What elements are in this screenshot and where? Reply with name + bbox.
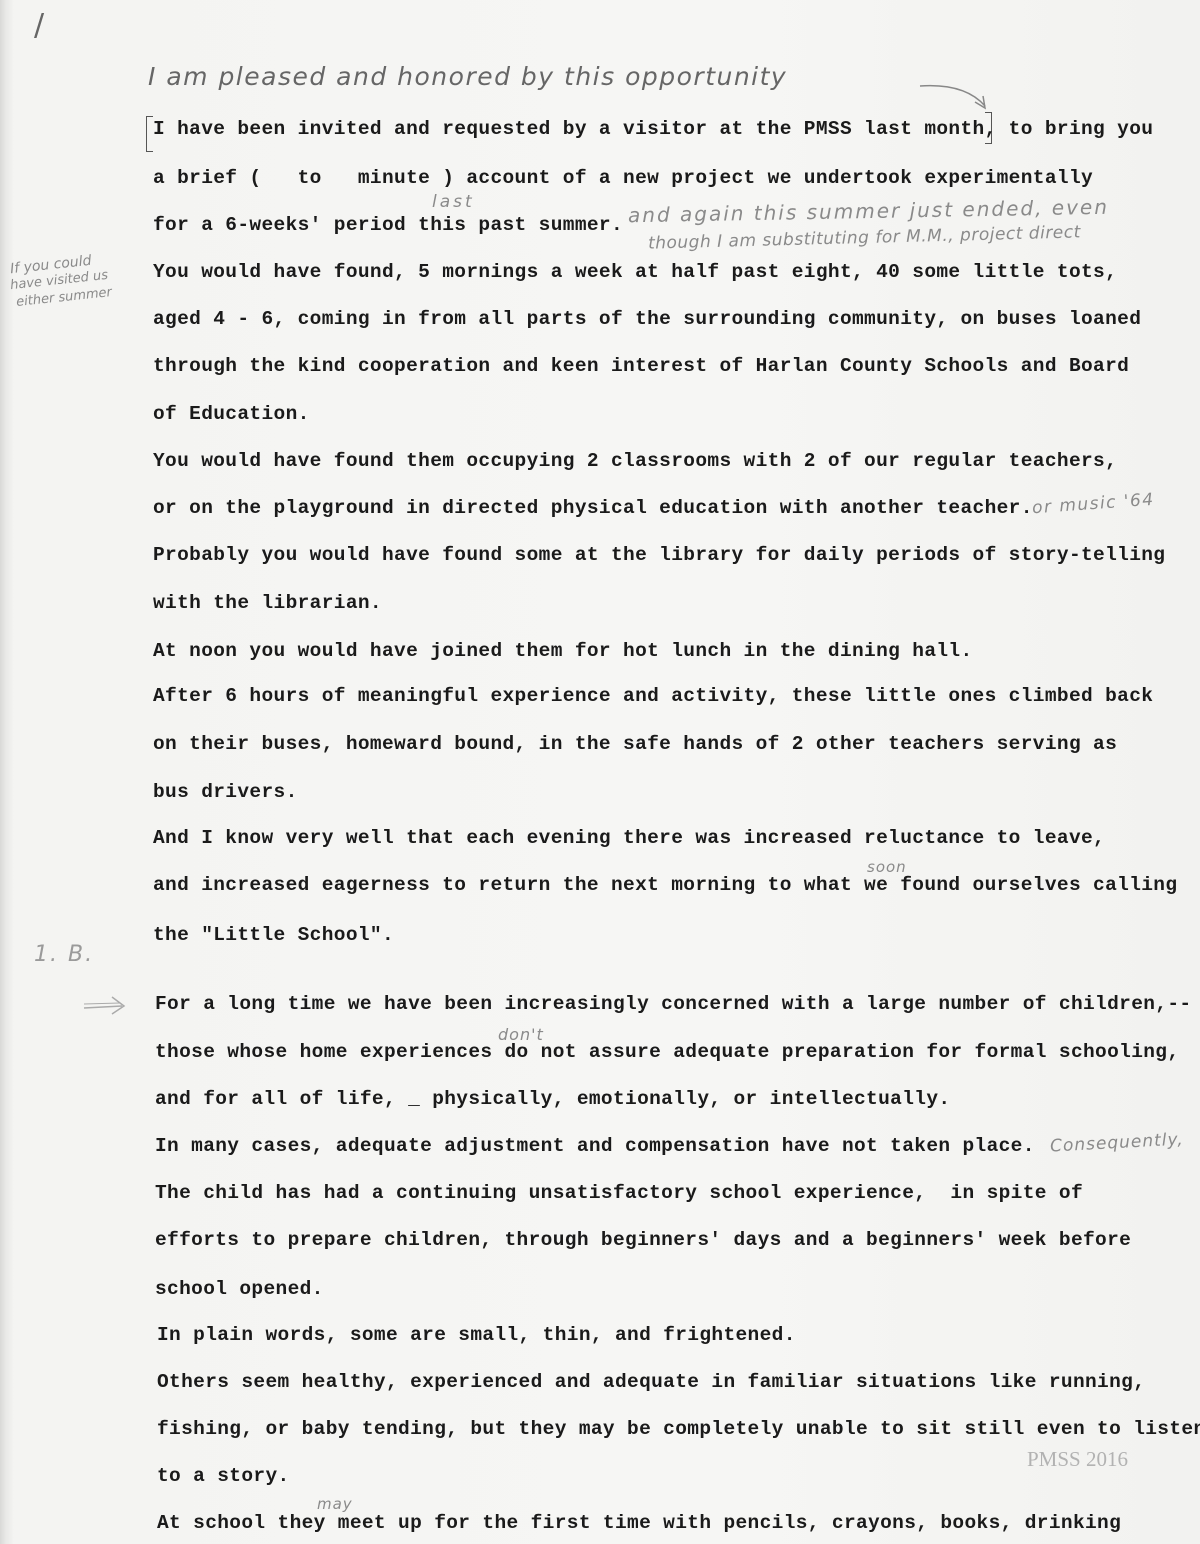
typed-line: The child has had a continuing unsatisfa…	[155, 1182, 1083, 1204]
handwritten-insert-last: last	[432, 192, 475, 212]
typed-line: At noon you would have joined them for h…	[153, 640, 973, 662]
insert-arrow-icon	[915, 78, 995, 118]
typed-line: with the librarian.	[153, 592, 382, 614]
typed-line: for a 6-weeks' period this past summer.	[153, 214, 623, 236]
typed-line: I have been invited and requested by a v…	[153, 118, 1153, 140]
typed-line: fishing, or baby tending, but they may b…	[157, 1418, 1200, 1440]
typed-line: the "Little School".	[153, 924, 394, 946]
typed-line: through the kind cooperation and keen in…	[153, 355, 1129, 377]
typed-line: to a story.	[157, 1465, 290, 1487]
handwritten-insert-again: and again this summer just ended, even	[628, 195, 1109, 227]
typed-line: a brief ( to minute ) account of a new p…	[153, 167, 1093, 189]
typed-line: school opened.	[155, 1278, 324, 1300]
handwritten-opening: I am pleased and honored by this opportu…	[148, 62, 787, 91]
typed-line: You would have found, 5 mornings a week …	[153, 261, 1117, 283]
typed-line: Others seem healthy, experienced and ade…	[157, 1371, 1145, 1393]
typed-line: For a long time we have been increasingl…	[155, 993, 1191, 1015]
handwritten-insert-substituting: though I am substituting for M.M., proje…	[648, 222, 1081, 253]
typed-line: bus drivers.	[153, 781, 298, 803]
page-number-mark: /	[34, 8, 44, 43]
watermark: PMSS 2016	[1027, 1447, 1128, 1472]
typed-line: or on the playground in directed physica…	[153, 497, 1033, 519]
typed-line: on their buses, homeward bound, in the s…	[153, 733, 1117, 755]
typed-line: At school they meet up for the first tim…	[157, 1512, 1121, 1534]
typed-line: And I know very well that each evening t…	[153, 827, 1105, 849]
typed-line: those whose home experiences do not assu…	[155, 1041, 1179, 1063]
typed-line: Probably you would have found some at th…	[153, 544, 1165, 566]
typed-line: You would have found them occupying 2 cl…	[153, 450, 1117, 472]
handwritten-insert-may: may	[317, 1495, 353, 1513]
typed-line: In plain words, some are small, thin, an…	[157, 1324, 796, 1346]
document-page: / I am pleased and honored by this oppor…	[0, 0, 1200, 1544]
section-arrow-icon	[82, 994, 132, 1018]
handwritten-section-mark: 1. B.	[34, 942, 94, 967]
typed-line: efforts to prepare children, through beg…	[155, 1229, 1131, 1251]
typed-line: of Education.	[153, 403, 310, 425]
typed-line: and for all of life, _ physically, emoti…	[155, 1088, 950, 1110]
text-bracket-left	[146, 116, 153, 152]
typed-line: In many cases, adequate adjustment and c…	[155, 1135, 1035, 1157]
typed-line: aged 4 - 6, coming in from all parts of …	[153, 308, 1141, 330]
handwritten-insert-consequently: Consequently,	[1050, 1130, 1185, 1157]
handwritten-insert-music: or music '64	[1031, 490, 1155, 519]
typed-line: After 6 hours of meaningful experience a…	[153, 685, 1153, 707]
typed-line: and increased eagerness to return the ne…	[153, 874, 1177, 896]
